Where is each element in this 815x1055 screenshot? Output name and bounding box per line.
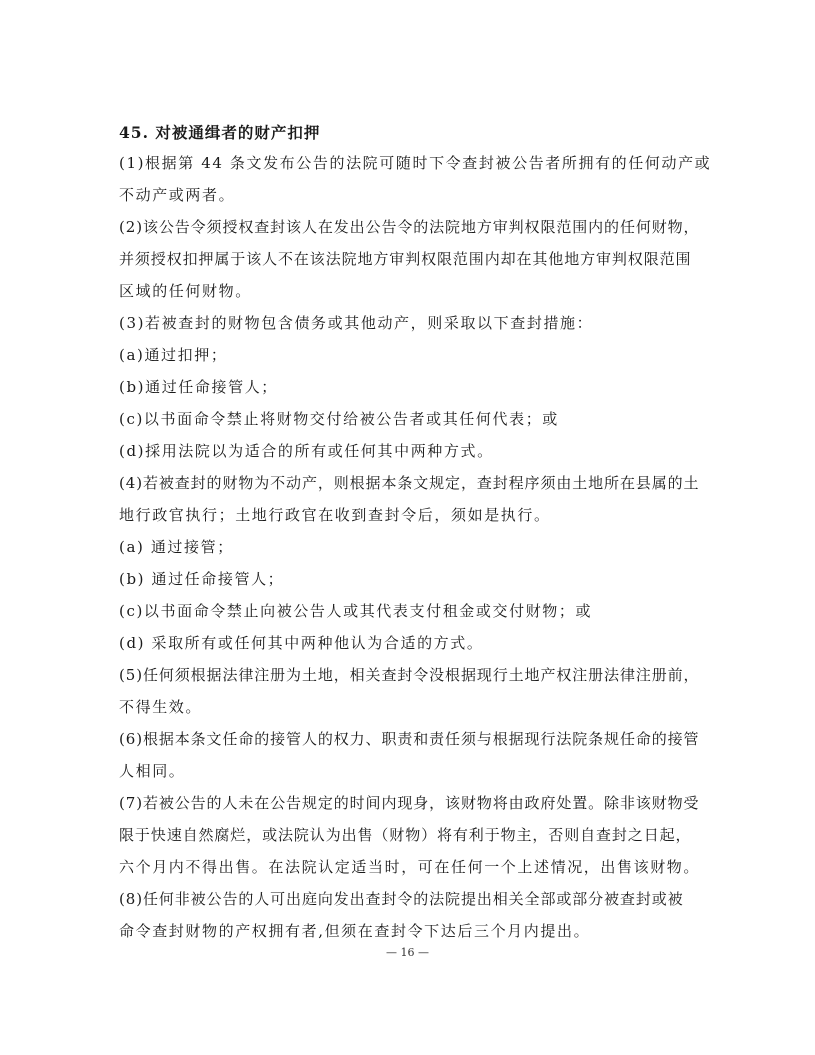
paragraph-line: (b) 通过任命接管人；: [119, 569, 699, 589]
paragraph-line: 命令查封财物的产权拥有者,但须在查封令下达后三个月内提出。: [119, 921, 699, 941]
paragraph-line: 地行政官执行；土地行政官在收到查封令后，须如是执行。: [119, 505, 699, 525]
paragraph-line: 区域的任何财物。: [119, 281, 699, 301]
paragraph-line: (4)若被查封的财物为不动产，则根据本条文规定，查封程序须由土地所在县属的土: [119, 473, 699, 493]
paragraph-line: 限于快速自然腐烂，或法院认为出售（财物）将有利于物主，否则自查封之日起，: [119, 825, 699, 845]
section-heading: 45. 对被通缉者的财产扣押: [119, 121, 320, 143]
paragraph-line: (3)若被查封的财物包含债务或其他动产，则采取以下查封措施：: [119, 313, 699, 333]
paragraph-line: (a)通过扣押；: [119, 345, 699, 365]
paragraph-line: (8)任何非被公告的人可出庭向发出查封令的法院提出相关全部或部分被查封或被: [119, 889, 699, 909]
paragraph-line: (d) 采取所有或任何其中两种他认为合适的方式。: [119, 633, 699, 653]
paragraph-line: (a) 通过接管；: [119, 537, 699, 557]
paragraph-line: (2)该公告令须授权查封该人在发出公告令的法院地方审判权限范围内的任何财物，: [119, 217, 699, 237]
paragraph-line: 不动产或两者。: [119, 185, 699, 205]
paragraph-line: (5)任何须根据法律注册为土地，相关查封令没根据现行土地产权注册法律注册前，: [119, 665, 699, 685]
paragraph-line: (6)根据本条文任命的接管人的权力、职责和责任须与根据现行法院条规任命的接管: [119, 729, 699, 749]
paragraph-line: (c)以书面命令禁止将财物交付给被公告者或其任何代表；或: [119, 409, 699, 429]
document-page: 45. 对被通缉者的财产扣押 (1)根据第 44 条文发布公告的法院可随时下令查…: [0, 0, 815, 1055]
page-number: — 16 —: [0, 946, 815, 959]
paragraph-line: 人相同。: [119, 761, 699, 781]
paragraph-line: (c)以书面命令禁止向被公告人或其代表支付租金或交付财物；或: [119, 601, 699, 621]
paragraph-line: 不得生效。: [119, 697, 699, 717]
paragraph-line: (1)根据第 44 条文发布公告的法院可随时下令查封被公告者所拥有的任何动产或: [119, 153, 699, 173]
paragraph-line: 并须授权扣押属于该人不在该法院地方审判权限范围内却在其他地方审判权限范围: [119, 249, 699, 269]
paragraph-line: (7)若被公告的人未在公告规定的时间内现身，该财物将由政府处置。除非该财物受: [119, 793, 699, 813]
paragraph-line: (b)通过任命接管人；: [119, 377, 699, 397]
paragraph-line: 六个月内不得出售。在法院认定适当时，可在任何一个上述情况，出售该财物。: [119, 857, 699, 877]
paragraph-line: (d)採用法院以为适合的所有或任何其中两种方式。: [119, 441, 699, 461]
